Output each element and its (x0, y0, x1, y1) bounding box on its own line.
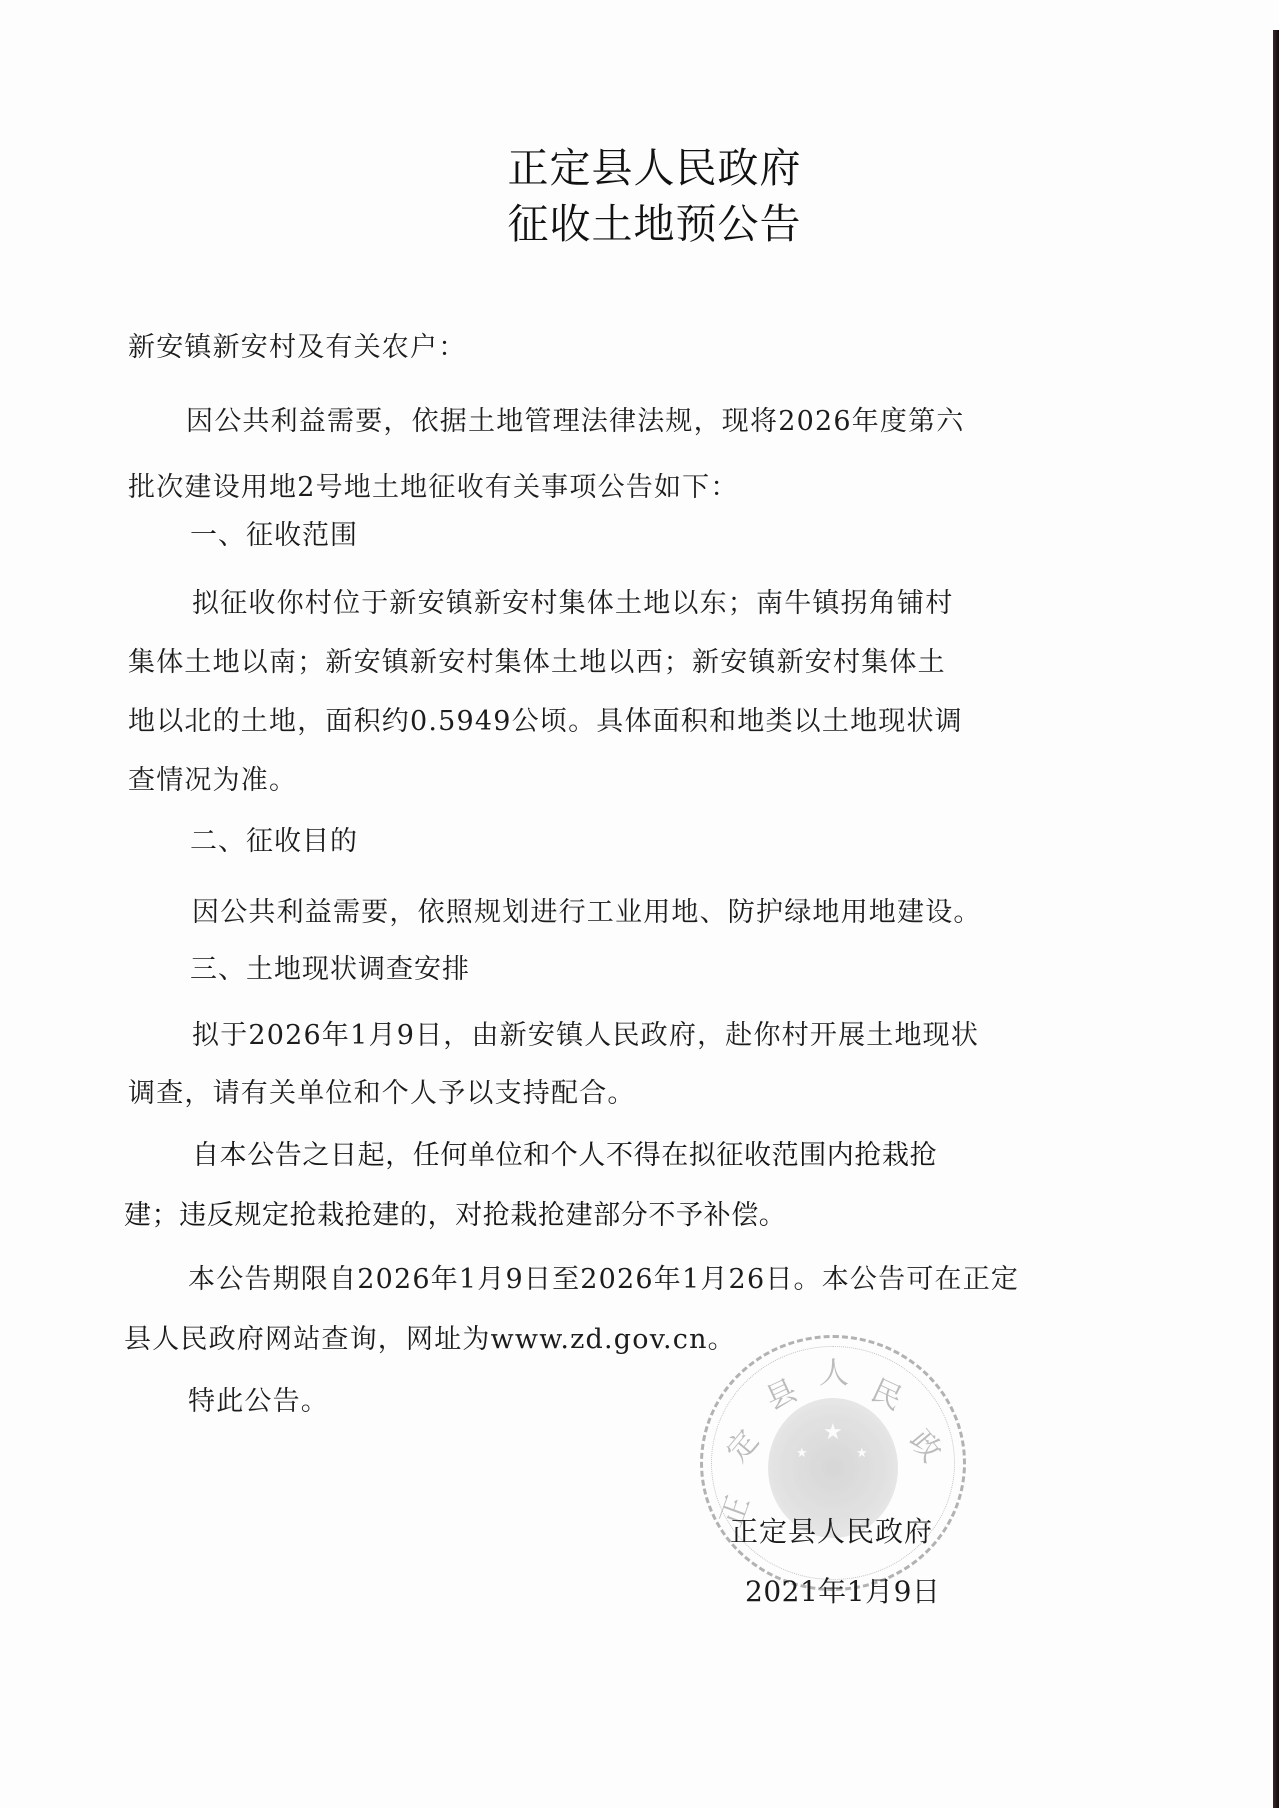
star-icon: ★ (856, 1446, 868, 1461)
document-page: 正定县人民政府 征收土地预公告 新安镇新安村及有关农户： 因公共利益需要，依据土… (0, 0, 1279, 1808)
title-line-1: 正定县人民政府 (0, 140, 1279, 196)
closing-text: 特此公告。 (188, 1384, 329, 1420)
prohibition-line-2: 建；违反规定抢栽抢建的，对抢栽抢建部分不予补偿。 (124, 1198, 786, 1234)
prohibition-line-1: 自本公告之日起，任何单位和个人不得在拟征收范围内抢栽抢 (192, 1138, 937, 1174)
star-icon: ★ (823, 1420, 843, 1445)
period-line-2: 县人民政府网站查询，网址为www.zd.gov.cn。 (124, 1322, 736, 1358)
signature-organization: 正定县人民政府 (730, 1510, 933, 1550)
scope-line-1: 拟征收你村位于新安镇新安村集体土地以东；南牛镇拐角铺村 (192, 586, 953, 622)
official-seal: ★ ★ ★ 正 定 县 人 民 政 (700, 1335, 966, 1591)
section-heading-survey: 三、土地现状调查安排 (190, 952, 470, 988)
signature-date: 2021年1月9日 (745, 1570, 940, 1610)
salutation: 新安镇新安村及有关农户： (128, 330, 466, 366)
title-line-2: 征收土地预公告 (0, 196, 1279, 252)
star-icon: ★ (796, 1446, 808, 1461)
scope-line-2: 集体土地以南；新安镇新安村集体土地以西；新安镇新安村集体土 (128, 645, 946, 681)
period-line-1: 本公告期限自2026年1月9日至2026年1月26日。本公告可在正定 (188, 1262, 1019, 1298)
page-edge-shadow (1273, 30, 1279, 1808)
survey-line-1: 拟于2026年1月9日，由新安镇人民政府，赴你村开展土地现状 (192, 1018, 979, 1054)
intro-line-2: 批次建设用地2号地土地征收有关事项公告如下： (128, 470, 739, 506)
section-heading-scope: 一、征收范围 (190, 518, 358, 554)
seal-char: 人 (819, 1348, 849, 1392)
scope-line-3: 地以北的土地，面积约0.5949公顷。具体面积和地类以土地现状调 (128, 704, 963, 740)
scope-line-4: 查情况为准。 (128, 763, 297, 799)
intro-line-1: 因公共利益需要，依据土地管理法律法规，现将2026年度第六 (186, 404, 965, 440)
survey-line-2: 调查，请有关单位和个人予以支持配合。 (128, 1076, 636, 1112)
section-heading-purpose: 二、征收目的 (190, 824, 358, 860)
document-title: 正定县人民政府 征收土地预公告 (0, 140, 1279, 252)
purpose-line-1: 因公共利益需要，依照规划进行工业用地、防护绿地用地建设。 (192, 895, 982, 931)
